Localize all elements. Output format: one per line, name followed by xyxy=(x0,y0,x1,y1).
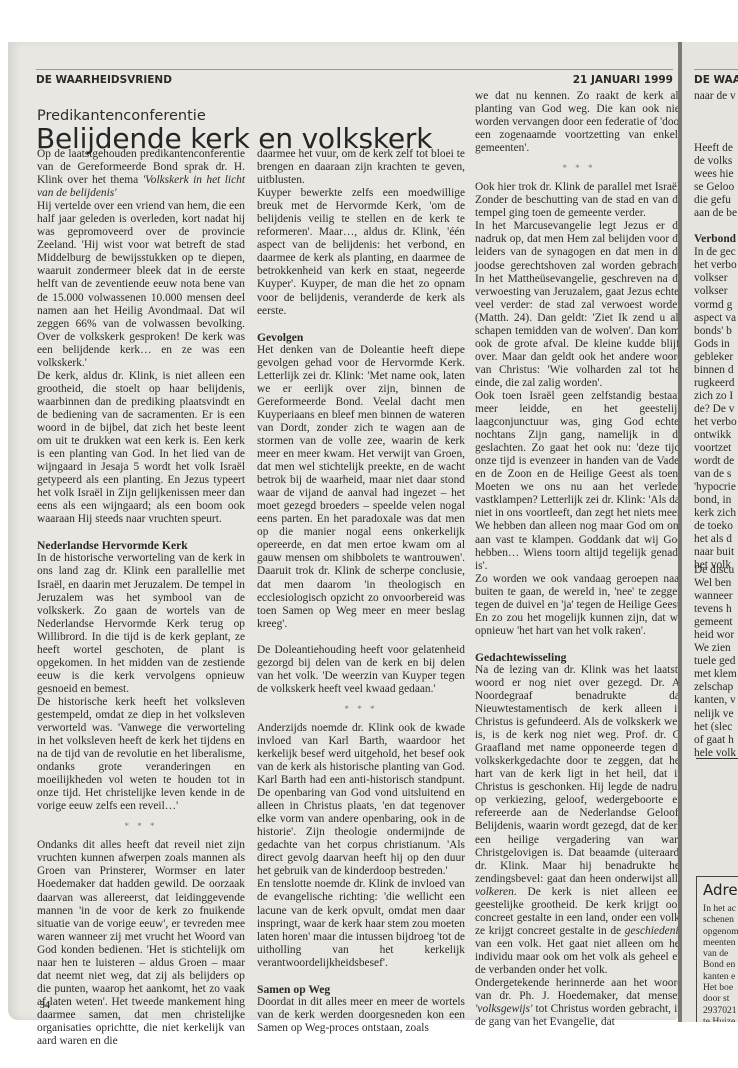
text-line: heid wor xyxy=(694,629,738,642)
newspaper-page: DE WAARHEIDSVRIEND 21 JANUARI 1999 Predi… xyxy=(8,42,678,1020)
text: Ondergetekende herinnerde aan het woord … xyxy=(475,977,683,1002)
text-line: wees hie xyxy=(694,168,738,181)
text-line: de volks xyxy=(694,155,738,168)
text-line: zelschap xyxy=(694,681,738,694)
text-line: Gods in xyxy=(694,338,738,351)
paragraph: De Doleantiehouding heeft voor gelatenhe… xyxy=(257,644,465,696)
issue-date: 21 JANUARI 1999 xyxy=(573,74,673,86)
paragraph: Hij vertelde over een vriend van hem, di… xyxy=(37,200,245,370)
section-divider: * * * xyxy=(475,155,683,181)
text-line: met klem xyxy=(694,668,738,681)
running-header: DE WAARHEIDSVRIEND 21 JANUARI 1999 xyxy=(36,69,673,90)
paragraph: Ondanks dit alles heeft dat reveil niet … xyxy=(37,839,245,1048)
next-page-text-a: Heeft de de volks wees hie se Geloo die … xyxy=(694,142,738,573)
text-line: tevens h xyxy=(694,603,738,616)
subheading: Gevolgen xyxy=(257,331,465,344)
paragraph: we dat nu kennen. Zo raakt de kerk als p… xyxy=(475,90,683,155)
text-line: te Huize xyxy=(703,1016,738,1022)
text-line: naar de v xyxy=(694,90,738,103)
text-line: tuele ged xyxy=(694,655,738,668)
publication-name: DE WAARHEIDSVRIEND xyxy=(36,74,172,86)
next-page-partial: DE WAA naar de v Heeft de de volks wees … xyxy=(682,42,738,1022)
emphasis: volkeren xyxy=(475,886,514,898)
paragraph: De kerk, aldus dr. Klink, is niet alleen… xyxy=(37,370,245,527)
text-line: zich zo I xyxy=(694,390,738,403)
text-line: naar buit xyxy=(694,546,738,559)
paragraph: Ook hier trok dr. Klink de parallel met … xyxy=(475,181,683,220)
paragraph: Het denken van de Doleantie heeft diepe … xyxy=(257,344,465,631)
text-line: gebleker xyxy=(694,351,738,364)
paragraph: Doordat in dit alles meer en meer de wor… xyxy=(257,996,465,1035)
next-page-header: DE WAA xyxy=(694,69,738,86)
text-line: wanneer xyxy=(694,590,738,603)
text-line: Bond en xyxy=(703,959,738,970)
paragraph: Ondergetekende herinnerde aan het woord … xyxy=(475,977,683,1029)
subheading: Nederlandse Hervormde Kerk xyxy=(37,539,245,552)
paragraph: Na de lezing van dr. Klink was het laats… xyxy=(475,664,683,977)
text-line: Wel ben xyxy=(694,577,738,590)
text-line: kanten, v xyxy=(694,694,738,707)
text: Na de lezing van dr. Klink was het laats… xyxy=(475,664,683,885)
text-line: volkser xyxy=(694,272,738,285)
address-box-body: In het ac schenen opgenom meenten van de… xyxy=(703,903,738,1022)
text-line: se Geloo xyxy=(694,181,738,194)
next-page-text-top: naar de v xyxy=(694,90,738,103)
emphasis: 'volksgewijs' xyxy=(475,1003,532,1015)
subheading: Verbond xyxy=(694,233,738,246)
text-line: het verbo xyxy=(694,259,738,272)
text-line: In de gec xyxy=(694,246,738,259)
text-line: die gefu xyxy=(694,194,738,207)
scanned-spread: DE WAARHEIDSVRIEND 21 JANUARI 1999 Predi… xyxy=(0,42,738,1022)
text-line: voortzet xyxy=(694,442,738,455)
address-box: Adres In het ac schenen opgenom meenten … xyxy=(696,876,738,1022)
text-line: de? De v xyxy=(694,403,738,416)
text-line: kanten e xyxy=(703,971,738,982)
emphasis: geschiedenis xyxy=(625,925,683,937)
paragraph: Zo worden we ook vandaag geroepen naar b… xyxy=(475,573,683,638)
text-line: 2937021 xyxy=(703,1005,738,1016)
text-line: ontwikk xyxy=(694,429,738,442)
paragraph: Ook toen Israël geen zelfstandig bestaan… xyxy=(475,390,683,573)
paragraph: Anderzijds noemde dr. Klink ook de kwade… xyxy=(257,722,465,879)
text-line: Het boe xyxy=(703,982,738,993)
article-column-2: daarmee het vuur, om de kerk zelf tot bl… xyxy=(257,148,465,1035)
text-line: rugkeerd xyxy=(694,377,738,390)
text-line: schenen xyxy=(703,914,738,925)
text-line: In het ac xyxy=(703,903,738,914)
text-line: aspect va xyxy=(694,312,738,325)
intro-paragraph: Op de laatstgehouden predikantenconferen… xyxy=(37,148,245,200)
text-line: nelijk ve xyxy=(694,708,738,721)
text-line: De discu xyxy=(694,564,738,577)
text-line: door st xyxy=(703,993,738,1004)
paragraph: daarmee het vuur, om de kerk zelf tot bl… xyxy=(257,148,465,187)
text-line: of gaat h xyxy=(694,734,738,747)
paragraph: Kuyper bewerkte zelfs een moedwillige br… xyxy=(257,187,465,317)
text-line: van de xyxy=(703,948,738,959)
text-line: van de s xyxy=(694,468,738,481)
article-column-1: Op de laatstgehouden predikantenconferen… xyxy=(37,148,245,1048)
text-line: gemeent xyxy=(694,616,738,629)
article-column-3: we dat nu kennen. Zo raakt de kerk als p… xyxy=(475,90,683,1029)
text-line: het verbo xyxy=(694,416,738,429)
text-line: het als d xyxy=(694,533,738,546)
text-line: volkser xyxy=(694,285,738,298)
next-page-text-c: De discu Wel ben wanneer tevens h gemeen… xyxy=(694,564,738,760)
section-divider: * * * xyxy=(37,813,245,839)
subheading: Gedachtewisseling xyxy=(475,651,683,664)
subheading: Samen op Weg xyxy=(257,983,465,996)
text-line: wordt de xyxy=(694,455,738,468)
text-line: 'hypocrie xyxy=(694,481,738,494)
paragraph: En tenslotte noemde dr. Klink de invloed… xyxy=(257,878,465,969)
text-line: We zien xyxy=(694,642,738,655)
text: van een volk. Het gaat niet alleen om he… xyxy=(475,938,683,976)
text-line: bonds' b xyxy=(694,325,738,338)
text-line: kerk zich xyxy=(694,507,738,520)
text-line: meenten xyxy=(703,937,738,948)
page-number: 34 xyxy=(40,1000,50,1011)
text-line: opgenom xyxy=(703,926,738,937)
address-box-title: Adres xyxy=(703,881,738,899)
divider-rule xyxy=(696,758,738,759)
text-line: het (slec xyxy=(694,721,738,734)
paragraph: In de historische verworteling van de ke… xyxy=(37,552,245,696)
text-line: bond, in xyxy=(694,494,738,507)
text-line: vormd g xyxy=(694,299,738,312)
section-divider: * * * xyxy=(257,696,465,722)
text-line: Heeft de xyxy=(694,142,738,155)
paragraph: In het Marcusevangelie legt Jezus er de … xyxy=(475,220,683,390)
paragraph: De historische kerk heeft het volksleven… xyxy=(37,696,245,813)
text-line: binnen d xyxy=(694,364,738,377)
text-line: aan de be xyxy=(694,207,738,220)
text-line: de toeko xyxy=(694,520,738,533)
